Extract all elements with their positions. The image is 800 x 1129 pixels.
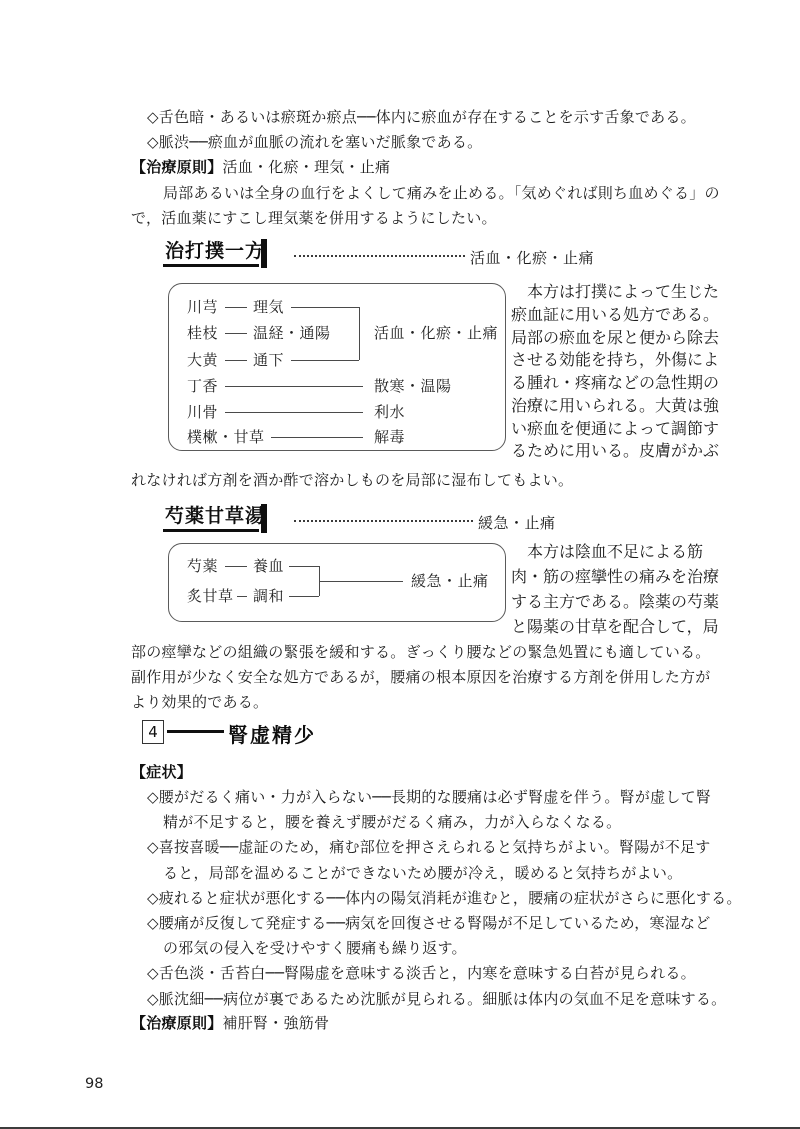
bracket-line [289, 596, 319, 597]
formula-description-line: るために用いる。皮膚がかぶ [511, 440, 719, 461]
heading-bar [261, 239, 267, 268]
herb-name: 丁香 [187, 377, 218, 395]
symptom-line: ◇脈沈細──病位が裏であるため沈脈が見られる。細脈は体内の気血不足を意味する。 [147, 989, 726, 1009]
formula-body-line: 副作用が少なく安全な処方であるが，腰痛の根本原因を治療する方剤を併用した方が [131, 667, 711, 687]
formula-description-line: い瘀血を便通によって調節す [511, 418, 719, 439]
formula-heading-chidaboku: 治打撲一方 [165, 239, 265, 263]
intro-principle-line: 【治療原則】活血・化瘀・理気・止痛 [131, 157, 390, 177]
section-title: 腎虚精少 [228, 719, 316, 748]
herb-name: 炙甘草 [187, 587, 234, 605]
heading-tag: 活血・化瘀・止痛 [470, 247, 594, 268]
formula-description-line: する主方である。陰薬の芍薬 [511, 591, 719, 612]
connector-line [225, 360, 247, 361]
herb-function: 温経・通陽 [253, 324, 331, 342]
symptom-line: ◇疲れると症状が悪化する──体内の陽気消耗が進むと，腰痛の症状がさらに悪化する。 [147, 888, 742, 908]
formula-description-line: る腫れ・疼痛などの急性期の [511, 372, 719, 393]
formula-description-line: と陽薬の甘草を配合して，局 [511, 616, 719, 637]
bracket-line [359, 307, 360, 360]
herb-name: 桂枝 [187, 324, 218, 342]
symptom-line: の邪気の侵入を受けやすく腰痛も繰り返す。 [163, 938, 467, 958]
connector-line [225, 333, 247, 334]
herb-function: 散寒・温陽 [374, 377, 452, 395]
herb-function: 理気 [253, 298, 284, 316]
principle-line: 【治療原則】補肝腎・強筋骨 [131, 1013, 329, 1033]
intro-symptom-line: ◇舌色暗・あるいは瘀斑か瘀点──体内に瘀血が存在することを示す舌象である。 [147, 107, 696, 127]
herb-function: 利水 [374, 403, 405, 421]
formula-description-line: させる効能を持ち，外傷によ [511, 349, 719, 370]
herb-name: 川芎 [187, 298, 218, 316]
herb-function: 解毒 [374, 428, 405, 446]
page-number: 98 [85, 1076, 103, 1092]
herb-name: 樸樕・甘草 [187, 428, 265, 446]
bracket-line [319, 581, 403, 582]
principle-label: 【治療原則】 [131, 1014, 223, 1032]
intro-symptom-line: ◇脈渋──瘀血が血脈の流れを塞いだ脈象である。 [147, 132, 482, 152]
symptom-line: ◇腰痛が反復して発症する──病気を回復させる腎陽が不足しているため，寒湿など [147, 913, 711, 933]
herb-name: 川骨 [187, 403, 218, 421]
heading-leader-dots [294, 520, 473, 522]
connector-line [225, 307, 247, 308]
formula-diagram-chidaboku: 川芎 理気 桂枝 温経・通陽 大黄 通下 活血・化瘀・止痛 丁香 散寒・温陽 川… [168, 283, 506, 451]
herb-function: 通下 [253, 351, 284, 369]
symptom-line: ◇舌色淡・舌苔白──腎陽虚を意味する淡舌と，内寒を意味する白苔が見られる。 [147, 963, 696, 983]
formula-diagram-shakuyaku: 芍薬 養血 炙甘草 調和 緩急・止痛 [168, 543, 506, 622]
herb-name: 大黄 [187, 351, 218, 369]
connector-line [271, 437, 363, 438]
heading-bar [261, 504, 267, 533]
herb-name: 芍薬 [187, 557, 218, 575]
symptom-line: 精が不足すると，腰を養えず腰がだるく痛み，力が入らなくなる。 [163, 812, 621, 832]
bracket-line [291, 360, 359, 361]
intro-paragraph-line: で，活血薬にすこし理気薬を併用するようにしたい。 [131, 208, 497, 228]
symptom-line: ◇喜按喜暖──虚証のため，痛む部位を押さえられると気持ちがよい。腎陽が不足す [147, 837, 711, 857]
connector-line [225, 412, 363, 413]
formula-description-line: 瘀血証に用いる処方である。 [511, 304, 719, 325]
heading-tag: 緩急・止痛 [478, 512, 556, 533]
connector-line [237, 596, 247, 597]
bracket-label: 活血・化瘀・止痛 [374, 324, 498, 342]
textbook-page: ◇舌色暗・あるいは瘀斑か瘀点──体内に瘀血が存在することを示す舌象である。 ◇脈… [0, 0, 800, 1129]
formula-description-line: 肉・筋の痙攣性の痛みを治療 [511, 566, 719, 587]
symptom-line: ◇腰がだるく痛い・力が入らない──長期的な腰痛は必ず腎虚を伴う。腎が虚して腎 [147, 787, 711, 807]
herb-function: 養血 [253, 557, 284, 575]
formula-description-line: れなければ方剤を酒か酢で溶かしものを局部に湿布してもよい。 [131, 470, 573, 490]
bracket-label: 緩急・止痛 [411, 572, 489, 590]
herb-function: 調和 [253, 587, 284, 605]
principle-text: 補肝腎・強筋骨 [223, 1014, 330, 1032]
heading-underline [163, 264, 259, 267]
intro-paragraph-line: 局部あるいは全身の血行をよくして痛みを止める。「気めぐれば則ち血めぐる」の [163, 183, 720, 203]
formula-heading-shakuyaku: 芍薬甘草湯 [165, 504, 265, 528]
symptom-line: ると，局部を温めることができないため腰が冷え，暖めると気持ちがよい。 [163, 863, 682, 883]
connector-line [225, 386, 363, 387]
principle-text: 活血・化瘀・理気・止痛 [223, 158, 391, 176]
formula-description-line: 局部の瘀血を尿と便から除去 [511, 327, 719, 348]
formula-description-line: 本方は打撲によって生じた [527, 281, 719, 302]
formula-body-line: 部の痙攣などの組織の緊張を緩和する。ぎっくり腰などの緊急処置にも適している。 [131, 642, 711, 662]
section-number-box: 4 [142, 720, 164, 744]
section-title-dash [167, 730, 224, 733]
symptoms-label: 【症状】 [131, 762, 192, 782]
heading-underline [163, 529, 259, 532]
formula-description-line: 本方は陰血不足による筋 [527, 541, 703, 562]
heading-leader-dots [294, 255, 465, 257]
connector-line [225, 566, 247, 567]
formula-description-line: 治療に用いられる。大黄は強 [511, 395, 719, 416]
principle-label: 【治療原則】 [131, 158, 223, 176]
bracket-line [291, 307, 359, 308]
bracket-line [289, 566, 319, 567]
formula-body-line: より効果的である。 [131, 692, 268, 712]
